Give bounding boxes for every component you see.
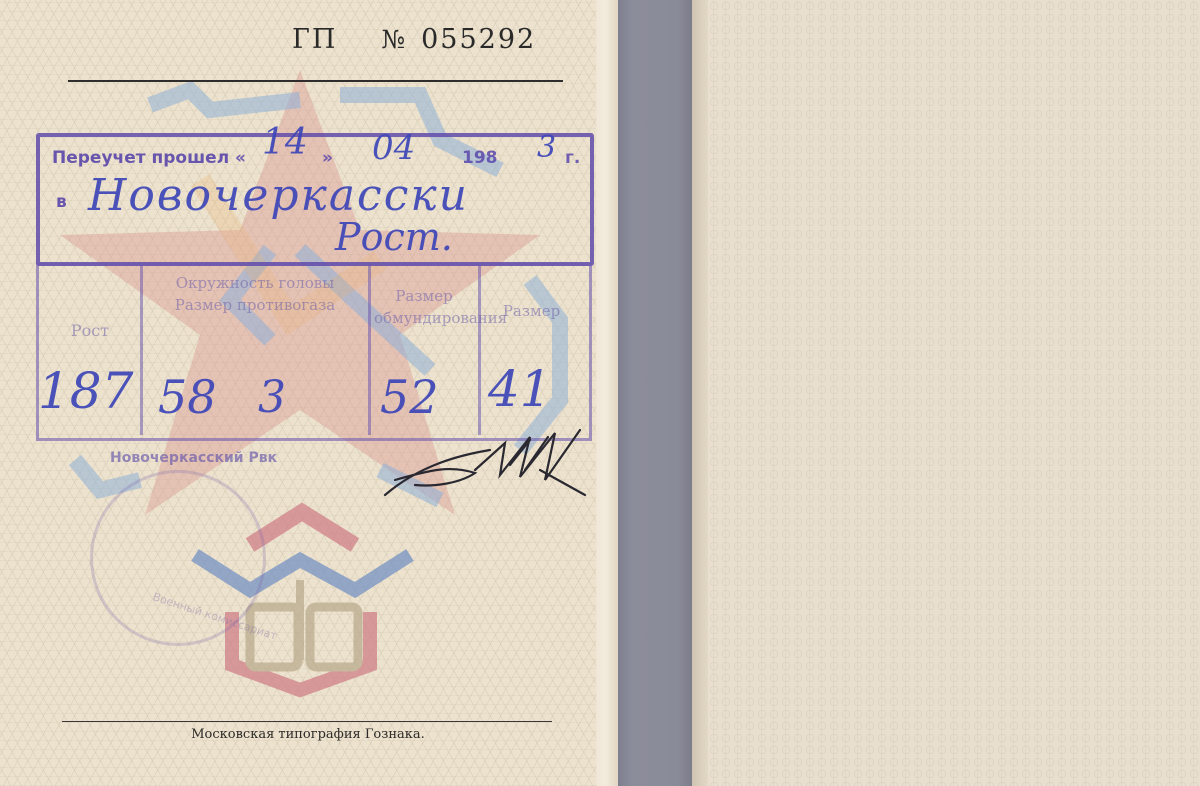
column-divider — [478, 263, 481, 435]
right-page-blank — [708, 0, 1200, 786]
passport-number: 055292 — [421, 24, 536, 55]
page-edge — [596, 0, 618, 786]
header-text: Размер противогаза — [175, 296, 335, 314]
value-uniform: 52 — [380, 370, 439, 424]
bottom-rule — [62, 721, 552, 722]
value-height: 187 — [38, 362, 133, 420]
value-gas-mask: 3 — [258, 372, 286, 423]
year-suffix: г. — [565, 148, 580, 168]
commissariat-name: Новочеркасский Рвк — [110, 450, 277, 466]
column-header-uniform: Размер обмундирования — [374, 285, 474, 329]
quote-open: « — [235, 148, 246, 168]
spine-shadow — [692, 0, 708, 786]
handwritten-day: 14 — [262, 122, 308, 163]
top-rule — [68, 80, 563, 82]
year-prefix: 198 — [462, 148, 498, 168]
header-text: Окружность головы — [176, 274, 334, 292]
passport-serial-number: ГП№055292 — [292, 24, 536, 55]
column-header-size: Размер — [484, 300, 579, 322]
signature-icon — [380, 425, 595, 505]
printer-imprint: Московская типография Гознака. — [0, 727, 596, 742]
column-header-height: Рост — [50, 320, 130, 342]
handwritten-place: Новочеркасски — [88, 170, 469, 221]
stamp-label-in: в — [56, 192, 67, 212]
handwritten-month: 04 — [372, 128, 415, 168]
column-header-head: Окружность головы Размер противогаза — [150, 272, 360, 316]
stamp-label-reregistration: Переучет прошел — [52, 148, 229, 168]
value-head-circumference: 58 — [158, 370, 217, 424]
column-divider — [368, 263, 371, 435]
series: ГП — [292, 24, 337, 55]
quote-close: » — [322, 148, 333, 168]
handwritten-region: Рост. — [335, 215, 453, 259]
handwritten-year-digit: 3 — [537, 130, 556, 165]
column-divider — [140, 263, 143, 435]
number-sign: № — [381, 25, 407, 54]
value-size: 41 — [488, 360, 552, 418]
passport-spine — [618, 0, 692, 786]
left-page: ГП№055292 Переучет прошел « 14 » 04 198 … — [0, 0, 596, 786]
